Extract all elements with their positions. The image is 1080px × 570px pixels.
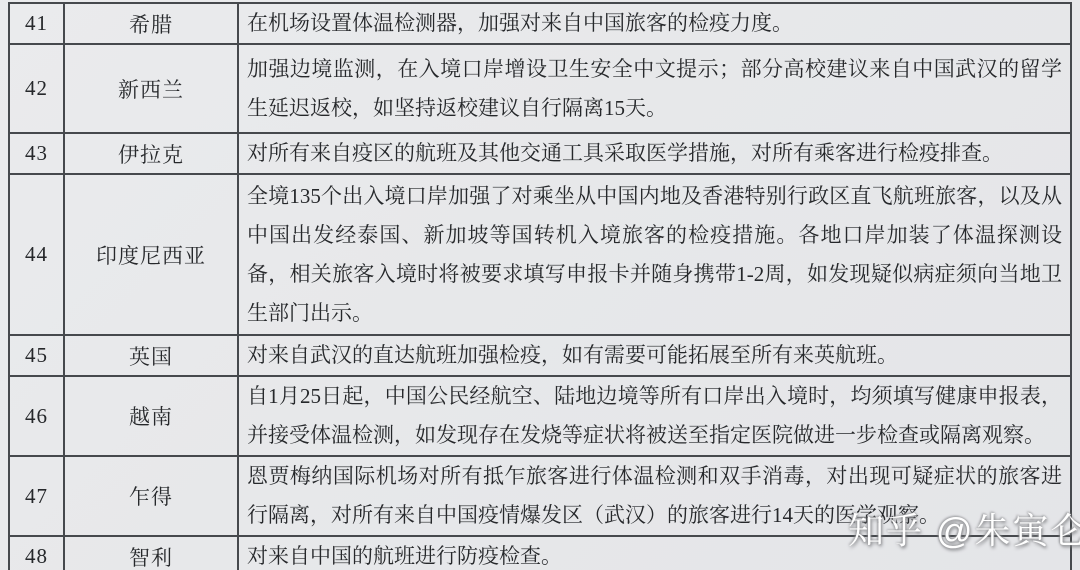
row-index-cell: 47 xyxy=(9,456,64,536)
measures-cell: 自1月25日起，中国公民经航空、陆地边境等所有口岸出入境时，均须填写健康申报表，… xyxy=(238,376,1071,456)
row-index-cell: 41 xyxy=(9,3,64,44)
measures-cell: 对来自武汉的直达航班加强检疫，如有需要可能拓展至所有来英航班。 xyxy=(238,335,1071,376)
row-index-cell: 46 xyxy=(9,376,64,456)
country-cell: 越南 xyxy=(64,376,238,456)
measures-cell: 对来自中国的航班进行防疫检查。 xyxy=(238,536,1071,570)
measures-cell: 恩贾梅纳国际机场对所有抵乍旅客进行体温检测和双手消毒，对出现可疑症状的旅客进行隔… xyxy=(238,456,1071,536)
table-row: 48 智利 对来自中国的航班进行防疫检查。 xyxy=(9,536,1071,570)
table-row: 45 英国 对来自武汉的直达航班加强检疫，如有需要可能拓展至所有来英航班。 xyxy=(9,335,1071,376)
country-cell: 伊拉克 xyxy=(64,133,238,174)
measures-cell: 在机场设置体温检测器，加强对来自中国旅客的检疫力度。 xyxy=(238,3,1071,44)
table-row: 41 希腊 在机场设置体温检测器，加强对来自中国旅客的检疫力度。 xyxy=(9,3,1071,44)
row-index-cell: 45 xyxy=(9,335,64,376)
country-cell: 新西兰 xyxy=(64,44,238,133)
country-cell: 智利 xyxy=(64,536,238,570)
row-index-cell: 44 xyxy=(9,174,64,335)
measures-cell: 对所有来自疫区的航班及其他交通工具采取医学措施，对所有乘客进行检疫排查。 xyxy=(238,133,1071,174)
table-row: 46 越南 自1月25日起，中国公民经航空、陆地边境等所有口岸出入境时，均须填写… xyxy=(9,376,1071,456)
country-cell: 印度尼西亚 xyxy=(64,174,238,335)
measures-cell: 加强边境监测，在入境口岸增设卫生安全中文提示；部分高校建议来自中国武汉的留学生延… xyxy=(238,44,1071,133)
country-cell: 英国 xyxy=(64,335,238,376)
table-row: 44 印度尼西亚 全境135个出入境口岸加强了对乘坐从中国内地及香港特别行政区直… xyxy=(9,174,1071,335)
country-cell: 希腊 xyxy=(64,3,238,44)
table-row: 47 乍得 恩贾梅纳国际机场对所有抵乍旅客进行体温检测和双手消毒，对出现可疑症状… xyxy=(9,456,1071,536)
measures-cell: 全境135个出入境口岸加强了对乘坐从中国内地及香港特别行政区直飞航班旅客，以及从… xyxy=(238,174,1071,335)
country-measures-table: 41 希腊 在机场设置体温检测器，加强对来自中国旅客的检疫力度。 42 新西兰 … xyxy=(8,2,1072,570)
row-index-cell: 42 xyxy=(9,44,64,133)
row-index-cell: 43 xyxy=(9,133,64,174)
row-index-cell: 48 xyxy=(9,536,64,570)
table-row: 43 伊拉克 对所有来自疫区的航班及其他交通工具采取医学措施，对所有乘客进行检疫… xyxy=(9,133,1071,174)
table-row: 42 新西兰 加强边境监测，在入境口岸增设卫生安全中文提示；部分高校建议来自中国… xyxy=(9,44,1071,133)
country-cell: 乍得 xyxy=(64,456,238,536)
